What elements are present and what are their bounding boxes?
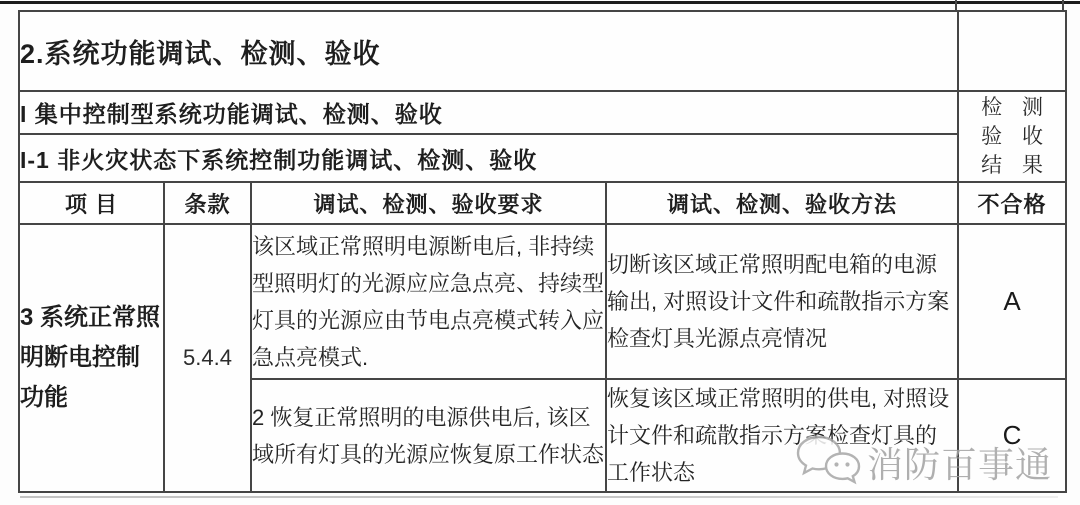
method-cell: 恢复该区域正常照明的供电, 对照设计文件和疏散指示方案检查灯具的工作状态 (606, 379, 958, 492)
column-header-item: 项 目 (19, 182, 164, 224)
requirement-cell: 该区域正常照明电源断电后, 非持续型照明灯的光源应应急点亮、持续型灯具的光源应由… (251, 224, 606, 379)
table-header-row: 项 目 条款 调试、检测、验收要求 调试、检测、验收方法 不合格 (19, 182, 1066, 224)
table-row: 2.系统功能调试、检测、验收 (19, 11, 1066, 91)
page-top-rule (0, 1, 1080, 4)
result-grade-cell: A (958, 224, 1066, 379)
column-header-method: 调试、检测、验收方法 (606, 182, 958, 224)
page-bottom-shadow (20, 496, 1058, 498)
item-name-cell: 3 系统正常照明断电控制功能 (19, 224, 164, 492)
result-header-line: 结 果 (959, 151, 1065, 180)
clause-number-cell: 5.4.4 (164, 224, 251, 492)
acceptance-checklist-table: 2.系统功能调试、检测、验收 I 集中控制型系统功能调试、检测、验收 检 测 验… (18, 10, 1067, 493)
column-header-requirement: 调试、检测、验收要求 (251, 182, 606, 224)
table-title: 2.系统功能调试、检测、验收 (19, 11, 958, 91)
result-column-header: 检 测 验 收 结 果 (958, 91, 1066, 182)
table-row: I-1 非火灾状态下系统控制功能调试、检测、验收 (19, 134, 1066, 182)
title-row-empty-cell (958, 11, 1066, 91)
column-header-clause: 条款 (164, 182, 251, 224)
requirement-cell: 2 恢复正常照明的电源供电后, 该区域所有灯具的光源应恢复原工作状态 (251, 379, 606, 492)
result-header-line: 检 测 (959, 93, 1065, 122)
method-cell: 切断该区域正常照明配电箱的电源输出, 对照设计文件和疏散指示方案检查灯具光源点亮… (606, 224, 958, 379)
table-row: I 集中控制型系统功能调试、检测、验收 检 测 验 收 结 果 (19, 91, 1066, 134)
table-row: 3 系统正常照明断电控制功能 5.4.4 该区域正常照明电源断电后, 非持续型照… (19, 224, 1066, 379)
result-header-line: 验 收 (959, 122, 1065, 151)
column-header-fail: 不合格 (958, 182, 1066, 224)
subsection-heading: I-1 非火灾状态下系统控制功能调试、检测、验收 (19, 134, 958, 182)
section-heading: I 集中控制型系统功能调试、检测、验收 (19, 91, 958, 134)
result-grade-cell: C (958, 379, 1066, 492)
